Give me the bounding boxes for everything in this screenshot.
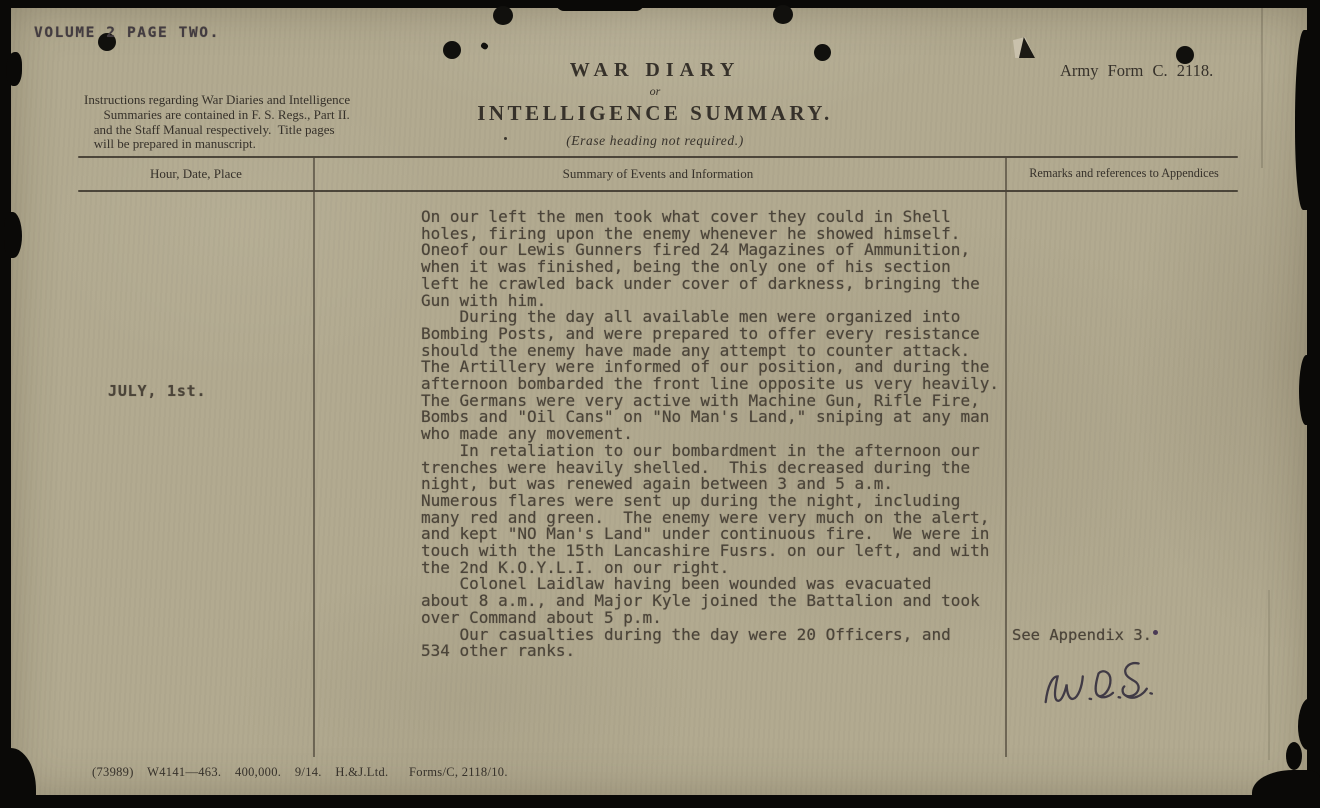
torn-edge-left-chip2 <box>4 212 22 258</box>
punch-hole-icon <box>493 6 513 25</box>
volume-page-label: VOLUME 2 PAGE TWO. <box>34 25 220 41</box>
paper-crease <box>1268 590 1270 760</box>
footer-imprint: (73989) W4141—463. 400,000. 9/14. H.&J.L… <box>92 765 508 780</box>
form-title-block: WAR DIARY or INTELLIGENCE SUMMARY. (Eras… <box>440 59 870 149</box>
scanned-war-diary-page: VOLUME 2 PAGE TWO. Army Form C. 2118. WA… <box>0 0 1320 808</box>
form-subtitle: INTELLIGENCE SUMMARY. <box>440 101 870 126</box>
torn-edge-left <box>0 0 11 808</box>
torn-edge-top <box>0 0 1320 8</box>
table-divider-col1 <box>313 157 315 757</box>
table-divider-col2 <box>1005 157 1007 757</box>
torn-edge-top-notch <box>556 0 644 11</box>
ink-speck <box>504 137 507 140</box>
punch-hole-icon <box>443 41 461 59</box>
torn-edge-bottom <box>0 795 1320 808</box>
entry-date: JULY, 1st. <box>108 382 206 400</box>
ink-speck <box>1153 630 1158 635</box>
form-title: WAR DIARY <box>440 59 870 82</box>
remarks-note: See Appendix 3. <box>1012 626 1152 644</box>
table-rule-header-bottom <box>78 190 1238 192</box>
column-header-summary: Summary of Events and Information <box>318 166 998 182</box>
torn-edge-right-chip4 <box>1286 742 1302 770</box>
erase-heading-note: (Erase heading not required.) <box>440 133 870 149</box>
column-header-hour-date-place: Hour, Date, Place <box>88 166 304 182</box>
form-title-or: or <box>440 84 870 99</box>
instructions-note: Instructions regarding War Diaries and I… <box>84 93 350 152</box>
torn-edge-right-chip2 <box>1299 355 1313 425</box>
column-header-remarks: Remarks and references to Appendices <box>1008 166 1240 181</box>
torn-edge-right-chip <box>1295 30 1313 210</box>
army-form-number: Army Form C. 2118. <box>1060 61 1213 81</box>
table-rule-top <box>78 156 1238 158</box>
torn-edge-left-chip <box>6 52 22 86</box>
entry-summary-text: On our left the men took what cover they… <box>421 209 999 660</box>
paper-crease <box>1261 8 1263 168</box>
torn-edge-right-chip3 <box>1298 698 1320 750</box>
punch-hole-icon <box>773 5 793 24</box>
